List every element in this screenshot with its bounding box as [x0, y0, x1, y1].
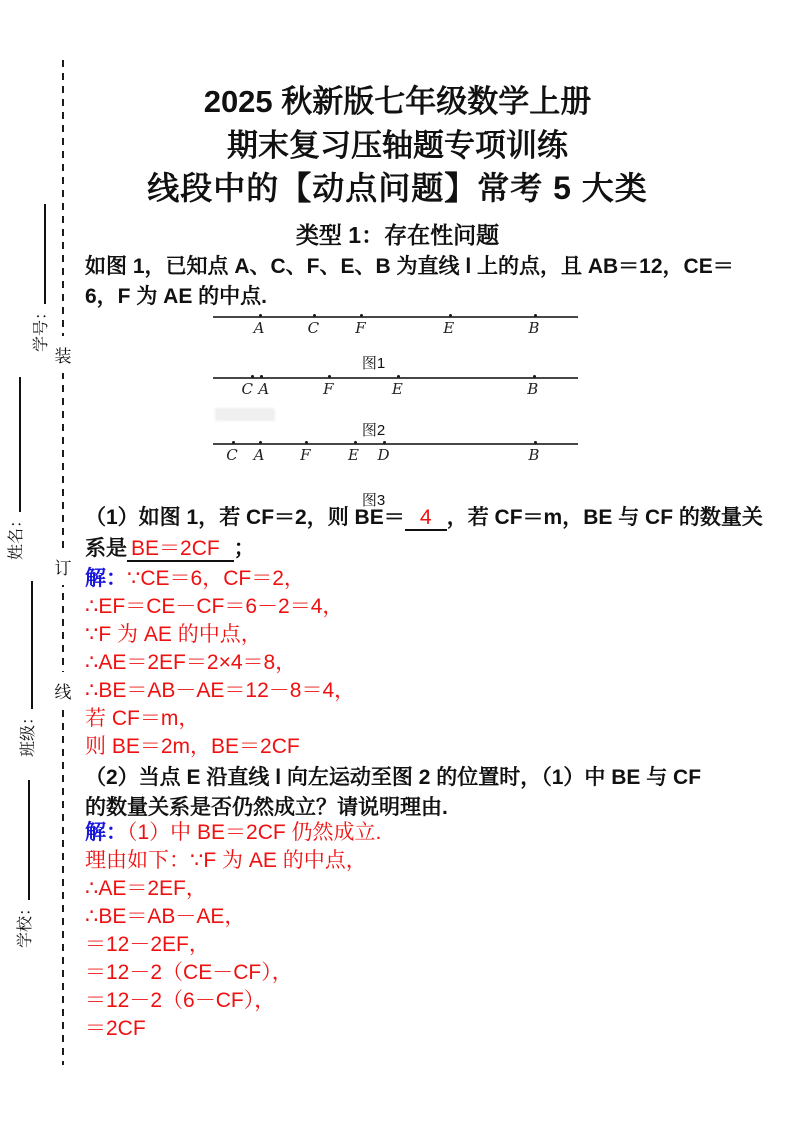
point-label: F	[355, 319, 365, 337]
fill-in-blank	[28, 780, 30, 900]
intro-line-2: 6，F 为 AE 的中点.	[85, 282, 725, 312]
problem-intro: 如图 1，已知点 A、C、F、E、B 为直线 l 上的点，且 AB＝12，CE＝…	[85, 252, 725, 312]
solution-label: 解：	[85, 567, 127, 590]
point-dot-B	[534, 314, 537, 317]
solution-step: 则 BE＝2m，BE＝2CF	[85, 733, 725, 761]
point-label: C	[242, 380, 253, 398]
point-label: E	[348, 446, 359, 464]
point-label: B	[528, 446, 539, 464]
point-dot-E	[354, 441, 357, 444]
margin-field-school: 学校：	[14, 758, 38, 948]
figure-caption: 图1	[191, 352, 556, 373]
question-2: （2）当点 E 沿直线 l 向左运动至图 2 的位置时，（1）中 BE 与 CF…	[85, 763, 725, 823]
answer-blank-1: 4	[405, 506, 447, 531]
point-label: F	[323, 380, 333, 398]
question-2-line-1: （2）当点 E 沿直线 l 向左运动至图 2 的位置时，（1）中 BE 与 CF	[85, 763, 725, 793]
binding-char-ding: 订	[51, 548, 75, 585]
solution-step: ∴AE＝2EF＝2×4＝8，	[85, 649, 725, 677]
solution-1: 解：∵CE＝6，CF＝2， ∴EF＝CE－CF＝6－2＝4， ∵F 为 AE 的…	[85, 565, 725, 761]
point-dot-A	[259, 314, 262, 317]
point-dot-B	[533, 375, 536, 378]
point-dot-C	[232, 441, 235, 444]
point-dot-A	[259, 441, 262, 444]
solution-step: ∴BE＝AB－AE，	[85, 903, 725, 931]
number-line	[213, 316, 578, 318]
solution-line: 解：∵CE＝6，CF＝2，	[85, 565, 725, 593]
binding-char-xian: 线	[51, 672, 75, 709]
solution-step: ∴BE＝AB－AE＝12－8＝4，	[85, 677, 725, 705]
point-label: A	[258, 380, 269, 398]
fill-in-blank	[44, 204, 46, 304]
figure-caption: 图2	[191, 419, 556, 440]
answer-blank-2: BE＝2CF	[127, 537, 234, 562]
binding-char-zhuang: 装	[51, 336, 75, 373]
question-1-line-2: 系是BE＝2CF；	[85, 533, 725, 564]
solution-step: ＝2CF	[85, 1015, 725, 1043]
question-1-text-pre: （1）如图 1，若 CF＝2，则 BE＝	[85, 506, 405, 529]
title-line-3: 线段中的【动点问题】常考 5 大类	[85, 163, 710, 209]
title-line-1: 2025 秋新版七年级数学上册	[85, 76, 710, 121]
figure-3: C A F E D B 图3	[213, 443, 578, 509]
number-line	[213, 377, 578, 379]
solution-step: 理由如下：∵F 为 AE 的中点，	[85, 847, 725, 875]
question-1-text-post: ；	[234, 537, 255, 560]
solution-step: 若 CF＝m，	[85, 705, 725, 733]
point-label: C	[226, 446, 237, 464]
point-dot-B	[534, 441, 537, 444]
fill-in-blank	[31, 581, 33, 709]
point-label: A	[254, 446, 265, 464]
point-dot-C	[251, 375, 254, 378]
figure-2: C A F E B 图2	[213, 377, 578, 441]
title-line-2: 期末复习压轴题专项训练	[85, 120, 710, 165]
point-label: E	[392, 380, 403, 398]
solution-step: ∵CE＝6，CF＝2，	[127, 567, 305, 590]
margin-field-name: 姓名：	[5, 345, 29, 560]
intro-line-1: 如图 1，已知点 A、C、F、E、B 为直线 l 上的点，且 AB＝12，CE＝	[85, 252, 725, 282]
point-dot-E	[449, 314, 452, 317]
point-label: B	[527, 380, 538, 398]
question-1-text-pre2: 系是	[85, 537, 127, 560]
solution-step: ∴EF＝CE－CF＝6－2＝4，	[85, 593, 725, 621]
point-label: B	[528, 319, 539, 337]
solution-step: ＝12－2EF，	[85, 931, 725, 959]
question-1-text-mid: ，若 CF＝m，BE 与 CF 的数量关	[447, 506, 763, 529]
solution-label: 解：	[85, 821, 127, 844]
margin-field-label: 学号：	[33, 304, 50, 352]
question-1-line-1: （1）如图 1，若 CF＝2，则 BE＝4，若 CF＝m，BE 与 CF 的数量…	[85, 502, 725, 533]
point-label: F	[300, 446, 310, 464]
point-label: C	[308, 319, 319, 337]
solution-step: ∴AE＝2EF，	[85, 875, 725, 903]
figure-1: A C F E B 图1	[213, 316, 578, 374]
margin-field-class: 班级：	[17, 557, 41, 757]
margin-field-student-id: 学号：	[30, 172, 54, 352]
question-1: （1）如图 1，若 CF＝2，则 BE＝4，若 CF＝m，BE 与 CF 的数量…	[85, 502, 725, 564]
margin-field-label: 学校：	[17, 900, 34, 948]
margin-field-label: 姓名：	[8, 512, 25, 560]
solution-2: 解：（1）中 BE＝2CF 仍然成立. 理由如下：∵F 为 AE 的中点， ∴A…	[85, 819, 725, 1043]
point-label: E	[443, 319, 454, 337]
fill-in-blank	[19, 377, 21, 512]
number-line	[213, 443, 578, 445]
solution-line: 解：（1）中 BE＝2CF 仍然成立.	[85, 819, 725, 847]
margin-field-label: 班级：	[20, 709, 37, 757]
solution-step: ＝12－2（CE－CF），	[85, 959, 725, 987]
section-title: 类型 1：存在性问题	[85, 217, 710, 250]
solution-step: （1）中 BE＝2CF 仍然成立.	[127, 821, 381, 844]
point-label: A	[254, 319, 265, 337]
solution-step: ∵F 为 AE 的中点，	[85, 621, 725, 649]
solution-step: ＝12－2（6－CF），	[85, 987, 725, 1015]
worksheet-page: 装 订 线 学号： 姓名： 班级： 学校： 2025 秋新版七年级数学上册 期末…	[0, 0, 793, 1122]
point-label: D	[377, 446, 389, 464]
